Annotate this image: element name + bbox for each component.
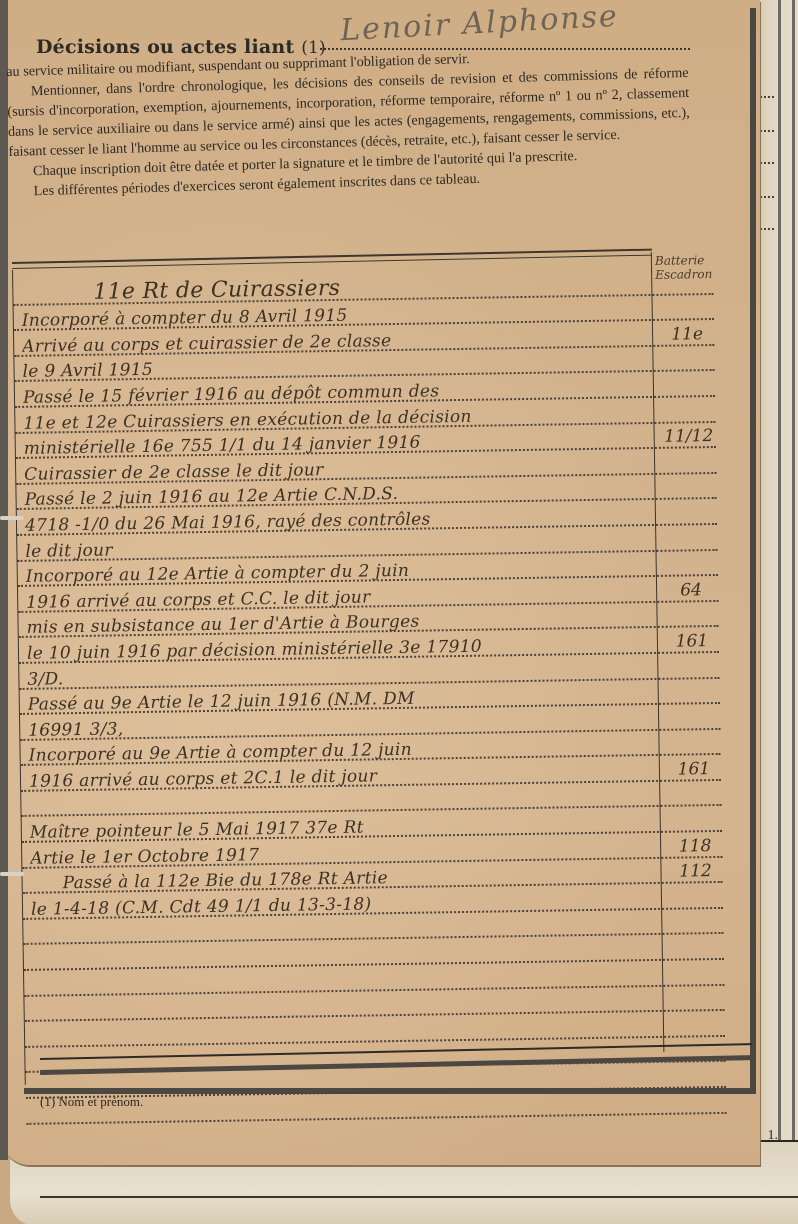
- battery-number: [667, 625, 717, 626]
- battery-number: [668, 728, 718, 729]
- record-table: Batterie Escadron 11e Rt de CuirassiersI…: [12, 259, 754, 1085]
- battery-number: 11/12: [664, 426, 714, 447]
- battery-number: [671, 907, 721, 908]
- battery-number: [671, 932, 721, 933]
- battery-number: 64: [666, 580, 716, 601]
- battery-number: [667, 676, 717, 677]
- page-edge-line: [40, 1196, 798, 1198]
- battery-number: [663, 369, 713, 370]
- battery-number: 112: [670, 861, 720, 882]
- form-instructions: au service militaire ou modifiant, suspe…: [6, 43, 692, 202]
- battery-number: [670, 830, 720, 831]
- battery-number: [664, 472, 714, 473]
- battery-number: [663, 421, 713, 422]
- binding-thread: [0, 872, 24, 876]
- battery-number: [674, 1086, 724, 1087]
- battery-number: [665, 523, 715, 524]
- battery-number: 11e: [662, 324, 712, 345]
- battery-number: [673, 1009, 723, 1010]
- battery-number: [672, 958, 722, 959]
- battery-number: 161: [669, 759, 719, 780]
- battery-number: [669, 804, 719, 805]
- battery-number: [666, 574, 716, 575]
- battery-number: 118: [670, 836, 720, 857]
- battery-number: [674, 1112, 724, 1113]
- page-edge-line: [792, 0, 795, 1150]
- battery-number: [665, 549, 715, 550]
- battery-number: [663, 395, 713, 396]
- battery-number: 161: [667, 631, 717, 652]
- record-rows: 11e Rt de CuirassiersIncorporé à compter…: [13, 269, 726, 1124]
- handwritten-entry: [34, 1115, 654, 1125]
- battery-number: [662, 318, 712, 319]
- battery-number: [673, 1035, 723, 1036]
- page-number: 1.: [768, 1128, 779, 1144]
- binding-thread: [0, 516, 24, 520]
- battery-number: [669, 753, 719, 754]
- page-frame-left: [0, 0, 8, 1160]
- battery-number: [668, 702, 718, 703]
- battery-number: [665, 497, 715, 498]
- page-edge-line: [778, 0, 781, 1150]
- footnote: (1) Nom et prénom.: [40, 1094, 143, 1110]
- battery-number: [672, 984, 722, 985]
- booklet-page: Décisions ou actes liant (1) Lenoir Alph…: [0, 0, 760, 1165]
